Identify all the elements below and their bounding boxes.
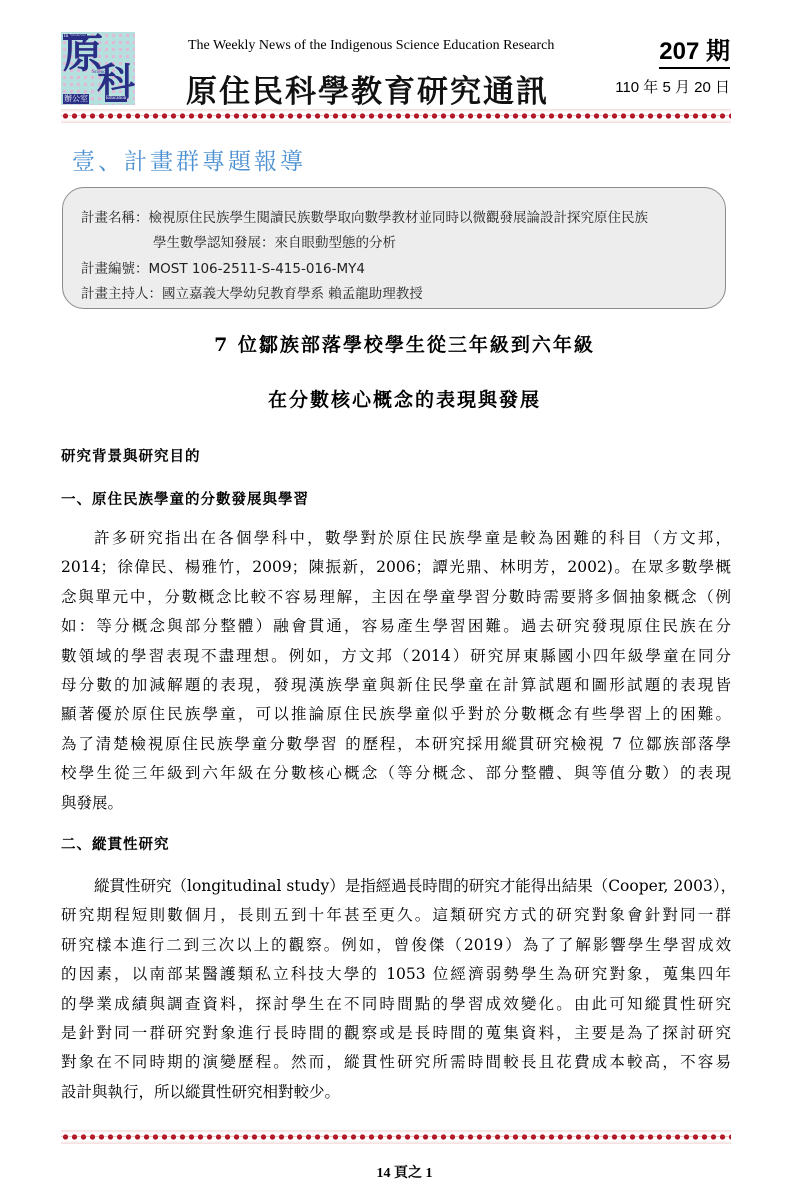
issue-date: 110 年 5 月 20 日 [615,76,730,97]
page-indicator: 14 頁之 1 [0,1162,809,1182]
paragraph-line: 母分數的加減解題的表現，發現漢族學童與新住民學童在計算試題和圖形試題的表現皆 [61,671,731,700]
english-title: The Weekly News of the Indigenous Scienc… [188,38,554,54]
decorative-border-bottom [61,1130,731,1144]
logo-office: 辦公室 [63,94,89,104]
project-host-value: 國立嘉義大學幼兒教育學系 賴孟龍助理教授 [162,286,423,302]
paragraph-line: 2014；徐偉民、楊雅竹，2009；陳振新，2006；譚光鼎、林明芳，2002)… [61,553,731,582]
paragraph-line: 研究樣本進行二到三次以上的觀察。例如，曾俊傑（2019）為了了解影響學生學習成效 [61,931,731,960]
paragraph-line: 與發展。 [61,789,731,818]
paragraph-line: 縱貫性研究（longitudinal study）是指經過長時間的研究才能得出結… [61,872,731,901]
project-host-label: 計畫主持人： [81,286,162,302]
paragraph-line: 數領域的學習表現不盡理想。例如，方文邦（2014）研究屏東縣國小四年級學童在同分 [61,642,731,671]
project-number-line: 計畫編號：MOST 106-2511-S-415-016-MY4 [81,257,365,277]
paragraph-line: 許多研究指出在各個學科中，數學對於原住民族學童是較為困難的科目（方文邦， [61,524,731,553]
section-title: 壹、計畫群專題報導 [72,143,306,176]
issue-number: 207 期 [659,38,730,69]
decorative-border-top [61,109,731,123]
project-host-line: 計畫主持人：國立嘉義大學幼兒教育學系 賴孟龍助理教授 [81,282,423,302]
chinese-title: 原住民科學教育研究通訊 [186,66,549,111]
article-title-line2: 在分數核心概念的表現與發展 [0,385,809,412]
project-number-label: 計畫編號： [81,261,149,277]
paragraph-line: 校學生從三年級到六年級在分數核心概念（等分概念、部分整體、與等值分數）的表現 [61,759,731,788]
newsletter-header: Indigenous 原 Science 科 辦公室 Education The… [0,0,809,110]
project-info-box: 計畫名稱：檢視原住民族學生閱讀民族數學取向數學教材並同時以微觀發展論設計探究原住… [62,187,726,309]
paragraph-fraction-learning: 許多研究指出在各個學科中，數學對於原住民族學童是較為困難的科目（方文邦， 201… [61,524,741,818]
paragraph-line: 是針對同一群研究對象進行長時間的觀察或是長時間的蒐集資料，主要是為了探討研究 [61,1019,731,1048]
project-name-line2: 學生數學認知發展：來自眼動型態的分析 [153,231,396,251]
project-number-value: MOST 106-2511-S-415-016-MY4 [149,261,365,277]
paragraph-line: 對象在不同時期的演變歷程。然而，縱貫性研究所需時間較長且花費成本較高，不容易 [61,1048,731,1077]
paragraph-line: 念與單元中，分數概念比較不容易理解，主因在學童學習分數時需要將多個抽象概念（例 [61,583,731,612]
paragraph-line: 研究期程短則數個月，長則五到十年甚至更久。這類研究方式的研究對象會針對同一群 [61,901,731,930]
paragraph-line: 如：等分概念與部分整體）融會貫通，容易產生學習困難。過去研究發現原住民族在分 [61,612,731,641]
paragraph-longitudinal-study: 縱貫性研究（longitudinal study）是指經過長時間的研究才能得出結… [61,872,741,1107]
subheading-fraction-learning: 一、原住民族學童的分數發展與學習 [61,488,309,509]
logo-word-education: Education [105,96,127,102]
newsletter-logo: Indigenous 原 Science 科 辦公室 Education [61,32,135,105]
article-title-line1: 7 位鄒族部落學校學生從三年級到六年級 [0,330,809,357]
heading-research-background: 研究背景與研究目的 [61,445,201,466]
subheading-longitudinal-study: 二、縱貫性研究 [61,833,170,854]
paragraph-line: 顯著優於原住民族學童，可以推論原住民族學童似乎對於分數概念有些學習上的困難。 [61,700,731,729]
paragraph-line: 的學業成績與調查資料，探討學生在不同時間點的學習成效變化。由此可知縱貫性研究 [61,990,731,1019]
project-name-label: 計畫名稱： [81,210,149,226]
paragraph-line: 為了清楚檢視原住民族學童分數學習 的歷程，本研究採用縱貫研究檢視 7 位鄒族部落… [61,730,731,759]
project-name-line1: 計畫名稱：檢視原住民族學生閱讀民族數學取向數學教材並同時以微觀發展論設計探究原住… [81,206,648,226]
paragraph-line: 的因素，以南部某醫護類私立科技大學的 1053 位經濟弱勢學生為研究對象，蒐集四… [61,960,731,989]
project-name-value: 檢視原住民族學生閱讀民族數學取向數學教材並同時以微觀發展論設計探究原住民族 [149,210,649,226]
paragraph-line: 設計與執行，所以縱貫性研究相對較少。 [61,1078,731,1107]
